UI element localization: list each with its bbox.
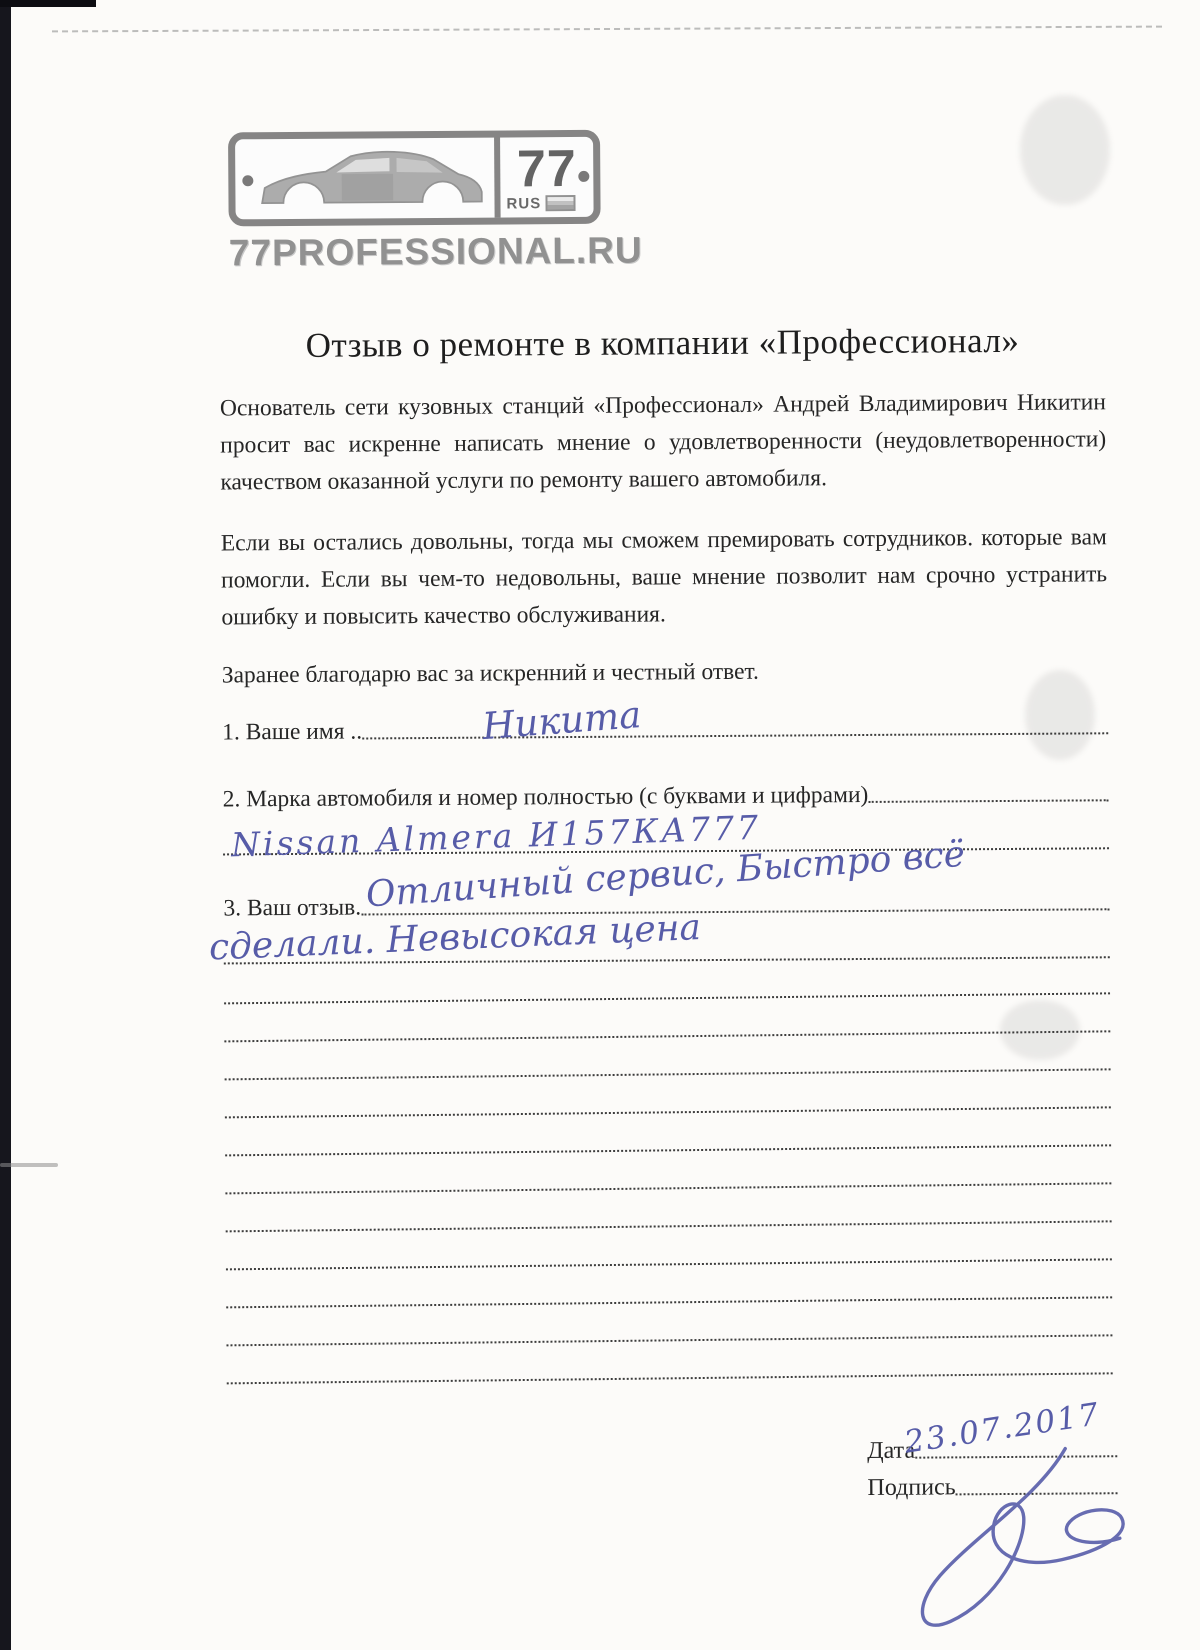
question-3-answer-row-2: сделали. Невысокая цена xyxy=(224,956,1110,964)
plate-region-section: 77 RUS xyxy=(494,137,594,218)
thanks-paragraph: Заранее благодарю вас за искренний и чес… xyxy=(222,656,1108,689)
website-text: 77PROFESSIONAL.RU xyxy=(229,230,604,275)
q2-answer-line: Nissan Almera И157КА777 xyxy=(223,847,1109,855)
q2-handwritten-car: Nissan Almera И157КА777 xyxy=(230,808,761,865)
plate-region-label: RUS xyxy=(506,195,541,212)
q3-handwritten-review-line1: Отличный сервис, Быстро всё xyxy=(364,834,966,916)
car-silhouette-icon xyxy=(249,147,494,211)
blank-answer-line xyxy=(226,1258,1112,1270)
q2-label-dots xyxy=(868,799,1108,803)
q3-answer-line-1: Отличный сервис, Быстро всё xyxy=(361,908,1109,915)
blank-answer-line xyxy=(226,1220,1112,1232)
q1-answer-line: Никита xyxy=(362,732,1108,739)
blank-answer-lines xyxy=(224,994,1113,1382)
question-2-answer-row: Nissan Almera И157КА777 xyxy=(223,847,1109,861)
blank-answer-line xyxy=(226,1296,1112,1308)
blank-answer-line xyxy=(224,1030,1110,1042)
scan-top-fold-line xyxy=(52,26,1162,33)
signature-scribble xyxy=(897,1446,1148,1650)
scan-corner-mark xyxy=(0,0,96,7)
question-2-row: 2. Марка автомобиля и номер полностью (с… xyxy=(223,780,1109,813)
blank-answer-line xyxy=(225,1182,1111,1194)
screw-dot-icon xyxy=(242,175,253,186)
page-title: Отзыв о ремонте в компании «Профессионал… xyxy=(219,320,1105,366)
plate-left-section xyxy=(235,138,495,220)
blank-answer-line xyxy=(225,1144,1111,1156)
q1-handwritten-name: Никита xyxy=(481,693,643,748)
incentive-paragraph: Если вы остались довольны, тогда мы смож… xyxy=(221,519,1108,636)
q3-label: 3. Ваш отзыв. xyxy=(223,894,361,922)
blank-answer-line xyxy=(225,1106,1111,1118)
company-logo: 77 RUS 77PROFESSIONAL.RU xyxy=(228,130,604,275)
intro-paragraph: Основатель сети кузовных станций «Профес… xyxy=(220,384,1107,501)
license-plate-logo: 77 RUS xyxy=(228,130,601,227)
question-1-row: 1. Ваше имя .. Никита xyxy=(222,713,1108,746)
scan-edge-dash xyxy=(0,1163,58,1167)
flag-icon xyxy=(545,195,575,211)
screw-dot-icon xyxy=(578,171,589,182)
footer-block: Дата 23.07.2017 Подпись xyxy=(867,1436,1117,1502)
q3-answer-line-2: сделали. Невысокая цена xyxy=(224,956,1110,964)
blank-answer-line xyxy=(225,1068,1111,1080)
blank-answer-line xyxy=(224,992,1110,1004)
document-page: 77 RUS 77PROFESSIONAL.RU Отзыв о ремонте… xyxy=(218,126,1114,1506)
scan-edge-strip xyxy=(0,0,11,1650)
q1-label: 1. Ваше имя .. xyxy=(222,718,362,746)
question-3-row: 3. Ваш отзыв. Отличный сервис, Быстро вс… xyxy=(223,889,1109,922)
plate-number: 77 xyxy=(517,144,577,192)
blank-answer-line xyxy=(227,1372,1113,1384)
q2-label: 2. Марка автомобиля и номер полностью (с… xyxy=(223,782,869,814)
blank-answer-line xyxy=(226,1334,1112,1346)
